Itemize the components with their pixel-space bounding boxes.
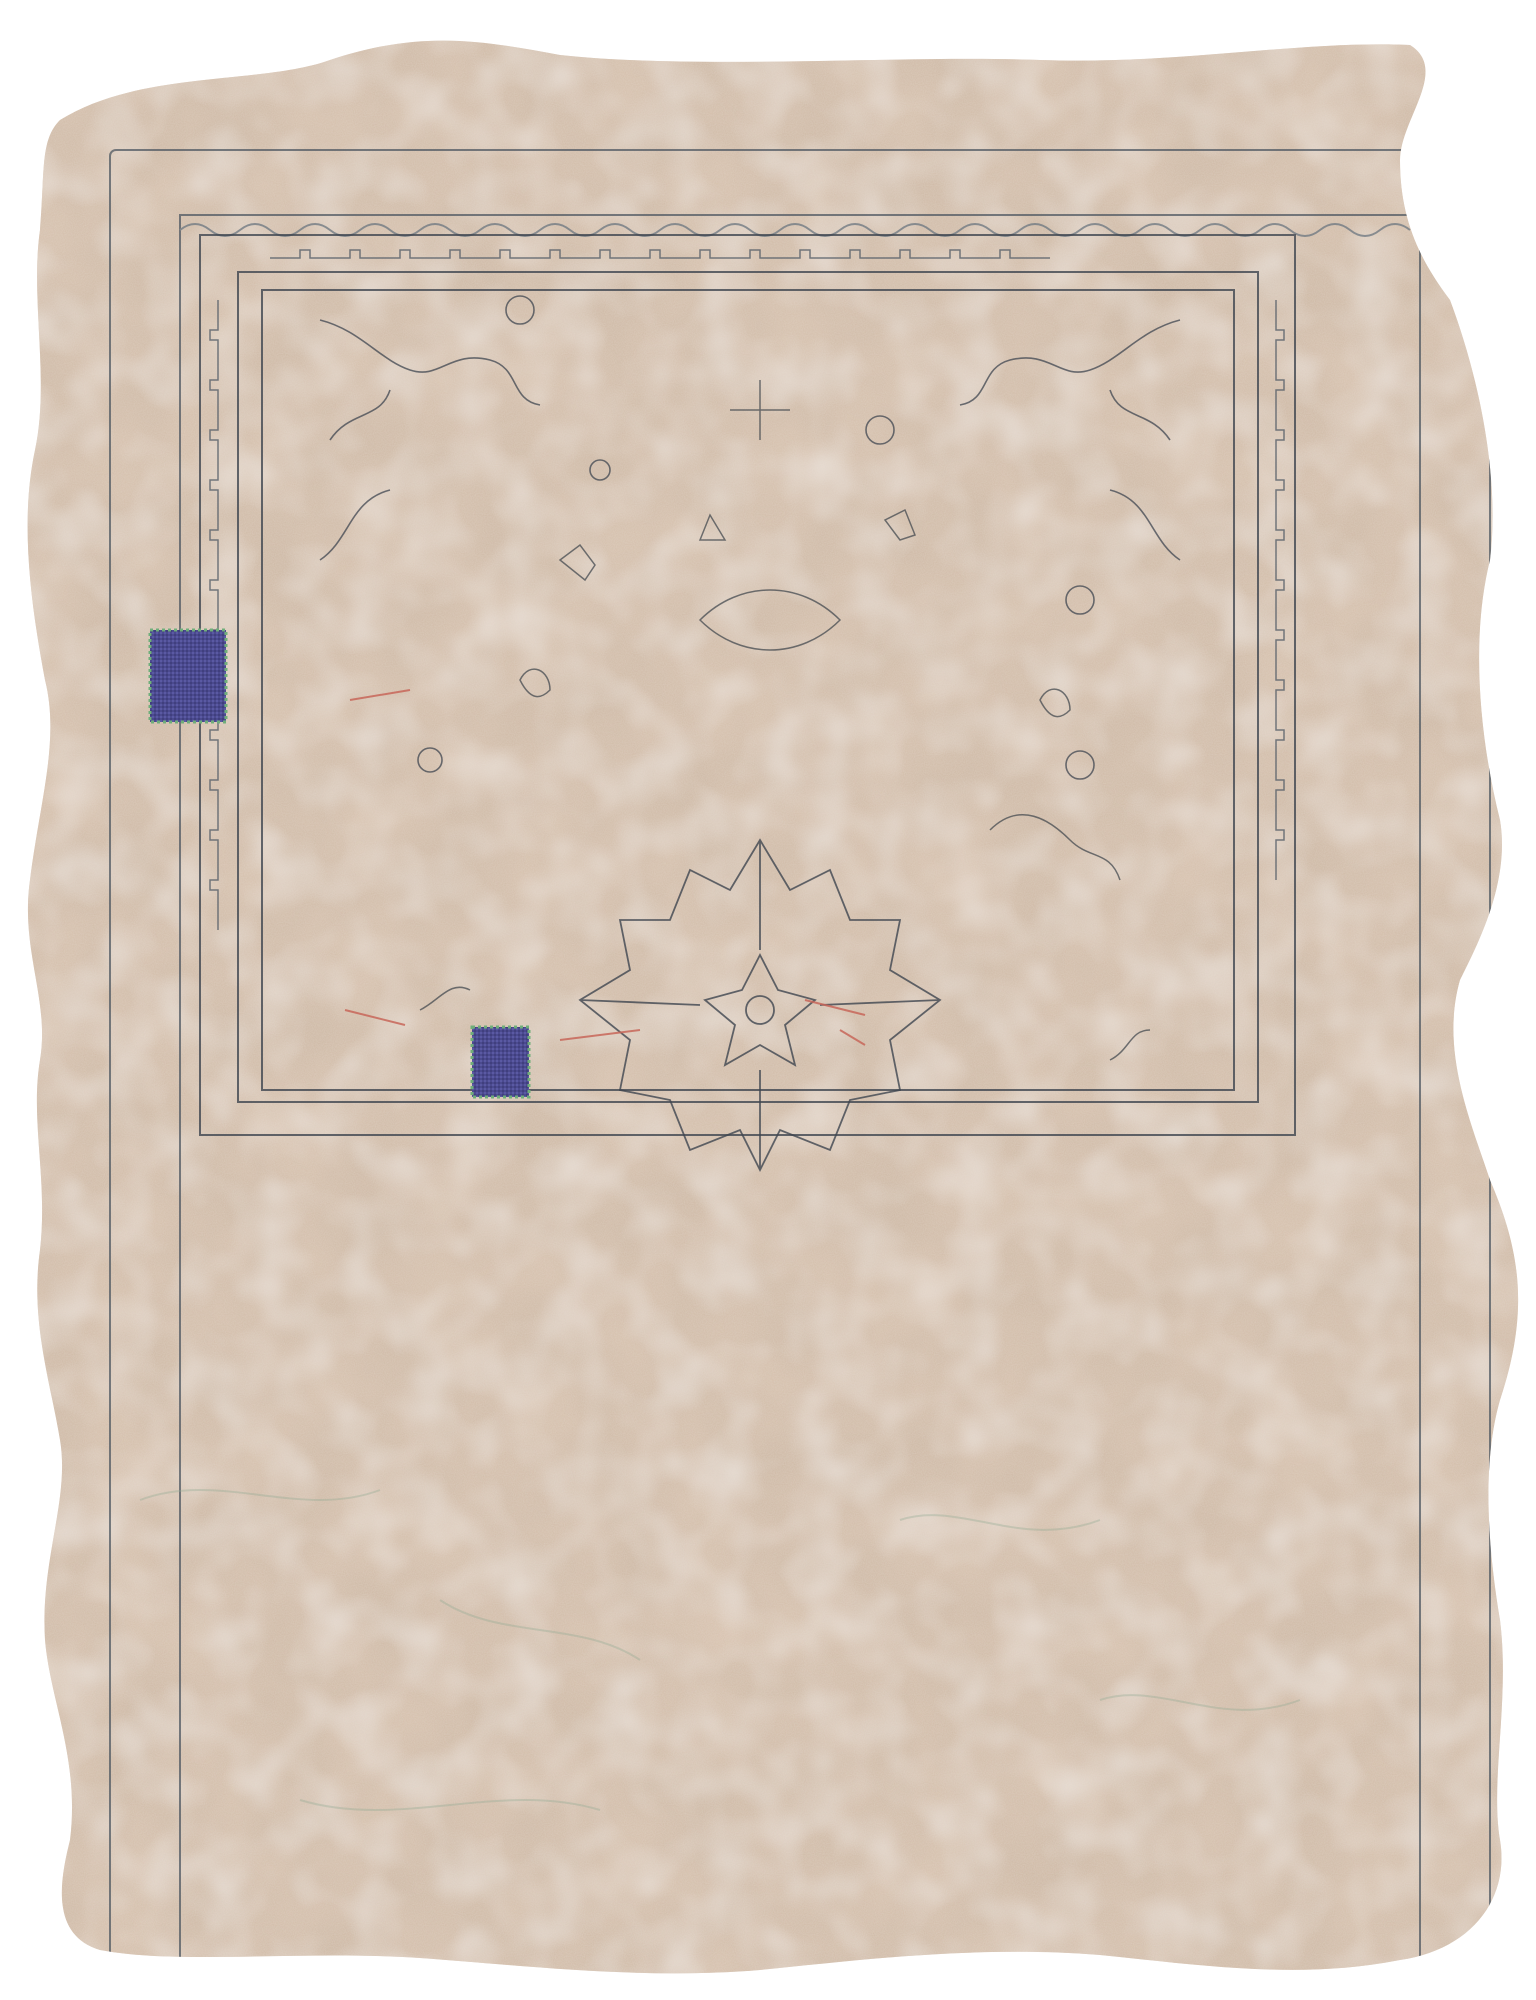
patch-upper-left (150, 630, 226, 722)
rug-photo (0, 0, 1536, 2000)
patch-center-left (472, 1027, 529, 1097)
rug-illustration (0, 0, 1536, 2000)
rug (0, 0, 1536, 2000)
